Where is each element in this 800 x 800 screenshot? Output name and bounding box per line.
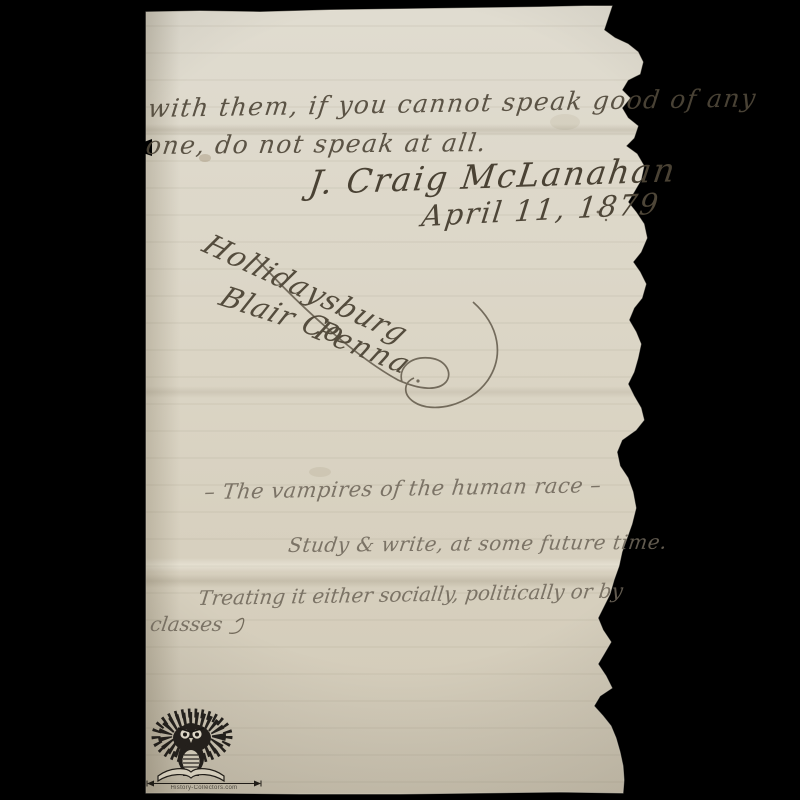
handwriting-topic-plan-line-2: classes xyxy=(149,612,225,636)
letter-photo-scene xyxy=(0,0,800,800)
owl-pupil-left xyxy=(183,733,187,737)
owl-pupil-right xyxy=(195,733,199,737)
watermark-caption: History-Collectors.com xyxy=(144,785,264,791)
handwriting-topic-note: Study & write, at some future time. xyxy=(287,530,669,557)
handwriting-body-line-2: one, do not speak at all. xyxy=(144,128,489,160)
photo-of-handwritten-letter: with them, if you cannot speak good of a… xyxy=(0,0,800,800)
